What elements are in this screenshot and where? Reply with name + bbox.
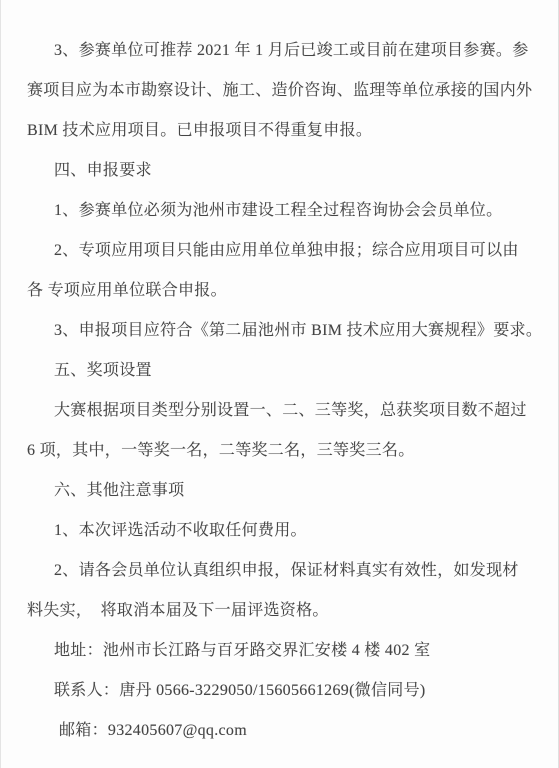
document-page: 3、参赛单位可推荐 2021 年 1 月后已竣工或目前在建项目参赛。参 赛项目应… <box>0 0 559 768</box>
text-line: 四、申报要求 <box>27 151 534 191</box>
text-line: 各 专项应用单位联合申报。 <box>27 271 534 311</box>
text-line: 大赛根据项目类型分别设置一、二、三等奖，总获奖项目数不超过 <box>27 391 534 431</box>
text-line: 邮箱：932405607@qq.com <box>27 711 534 751</box>
text-line: 料失实， 将取消本届及下一届评选资格。 <box>27 591 534 631</box>
text-line: 2、专项应用项目只能由应用单位单独申报；综合应用项目可以由 <box>27 231 534 271</box>
text-line: 联系人：唐丹 0566-3229050/15605661269(微信同号) <box>27 671 534 711</box>
text-line: 1、本次评选活动不收取任何费用。 <box>27 511 534 551</box>
text-line: 3、申报项目应符合《第二届池州市 BIM 技术应用大赛规程》要求。 <box>27 311 534 351</box>
text-line: 1、参赛单位必须为池州市建设工程全过程咨询协会会员单位。 <box>27 191 534 231</box>
text-line: BIM 技术应用项目。已申报项目不得重复申报。 <box>27 111 534 151</box>
document-body: 3、参赛单位可推荐 2021 年 1 月后已竣工或目前在建项目参赛。参 赛项目应… <box>27 31 534 751</box>
text-line: 6 项，其中，一等奖一名，二等奖二名，三等奖三名。 <box>27 431 534 471</box>
text-line: 3、参赛单位可推荐 2021 年 1 月后已竣工或目前在建项目参赛。参 <box>27 31 534 71</box>
text-line: 五、奖项设置 <box>27 351 534 391</box>
text-line: 六、其他注意事项 <box>27 471 534 511</box>
text-line: 地址：池州市长江路与百牙路交界汇安楼 4 楼 402 室 <box>27 631 534 671</box>
text-line: 赛项目应为本市勘察设计、施工、造价咨询、监理等单位承接的国内外 <box>27 71 534 111</box>
text-line: 2、请各会员单位认真组织申报，保证材料真实有效性，如发现材 <box>27 551 534 591</box>
